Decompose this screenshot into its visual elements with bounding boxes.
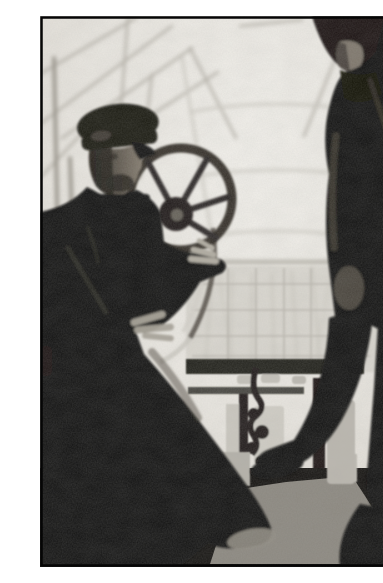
photo-canvas [40, 16, 383, 567]
photograph [40, 16, 383, 567]
film-grain-overlay [40, 16, 383, 567]
